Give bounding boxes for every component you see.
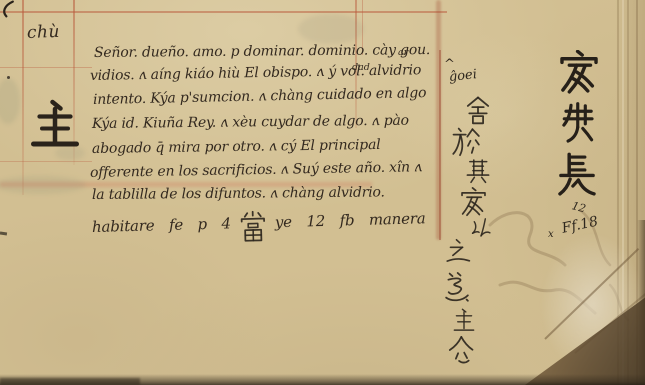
hanzi-she	[463, 95, 493, 127]
hanzi-yu	[449, 127, 485, 159]
entry-line-7: la tablilla de los difuntos. ʌ chàng alv…	[92, 185, 385, 202]
headword-romanization: chù	[27, 24, 60, 42]
superscript-dad: dad	[352, 62, 370, 73]
ruling-line-horizontal-top	[0, 11, 447, 13]
hanzi-zhi	[443, 238, 473, 268]
hanzi-jia-bold	[556, 50, 602, 96]
ruling-line-vertical-4	[439, 50, 441, 240]
manuscript-page: chù Señor. dueño. amo. p dominar. domini…	[0, 0, 645, 385]
ruling-smear-vertical	[436, 0, 441, 240]
bottom-shadow-left	[0, 378, 140, 385]
ink-dash	[0, 232, 7, 235]
ruling-line-horizontal-left-3	[0, 161, 92, 162]
entry-line-1: Señor. dueño. amo. p dominar. dominio. c…	[94, 43, 430, 60]
bleed-stain	[0, 176, 86, 194]
entry-line-8-left: habitare fe p 4	[92, 216, 231, 235]
entry-line-8-right: ye 12 fb manera	[275, 211, 426, 230]
ink-blot-topleft	[0, 0, 16, 18]
entry-line-4: Kýa id. Kiuña Rey. ʌ xèu cuydar de algo.…	[92, 114, 409, 131]
entry-line-5: abogado q̄ mira por otro. ʌ cý El princi…	[92, 138, 381, 156]
ruling-line-vertical-1	[22, 0, 24, 195]
edge-dark-right-lower	[637, 220, 645, 385]
headword-character-zhu	[30, 95, 80, 155]
bleed-stain	[0, 78, 20, 124]
hanzi-qi	[464, 157, 492, 187]
entry-line-2: vidios. ʌ aíng kiáo hiù El obispo. ʌ ý v…	[90, 63, 421, 83]
hanzi-wu-bold	[558, 98, 600, 148]
ruling-line-horizontal-left-2	[0, 67, 92, 68]
entry-line-8: habitare fe p 4 ye 12 fb manera	[92, 200, 426, 245]
entry-line-3: intento. Kýa p'sumcion. ʌ chàng cuidado …	[93, 86, 427, 107]
inline-character-dang	[236, 208, 269, 245]
hanzi-ren-ye	[445, 334, 477, 368]
hanzi-wei	[441, 270, 473, 306]
middle-column-romanization: ĝoei	[448, 67, 477, 85]
hanzi-chang-bold	[554, 148, 600, 202]
entry-line-6: offerente en los sacrificios. ʌ Suý este…	[90, 160, 422, 180]
bleed-stain	[298, 14, 364, 44]
ink-dot	[7, 76, 10, 79]
superscript-ar: ar	[398, 47, 408, 58]
